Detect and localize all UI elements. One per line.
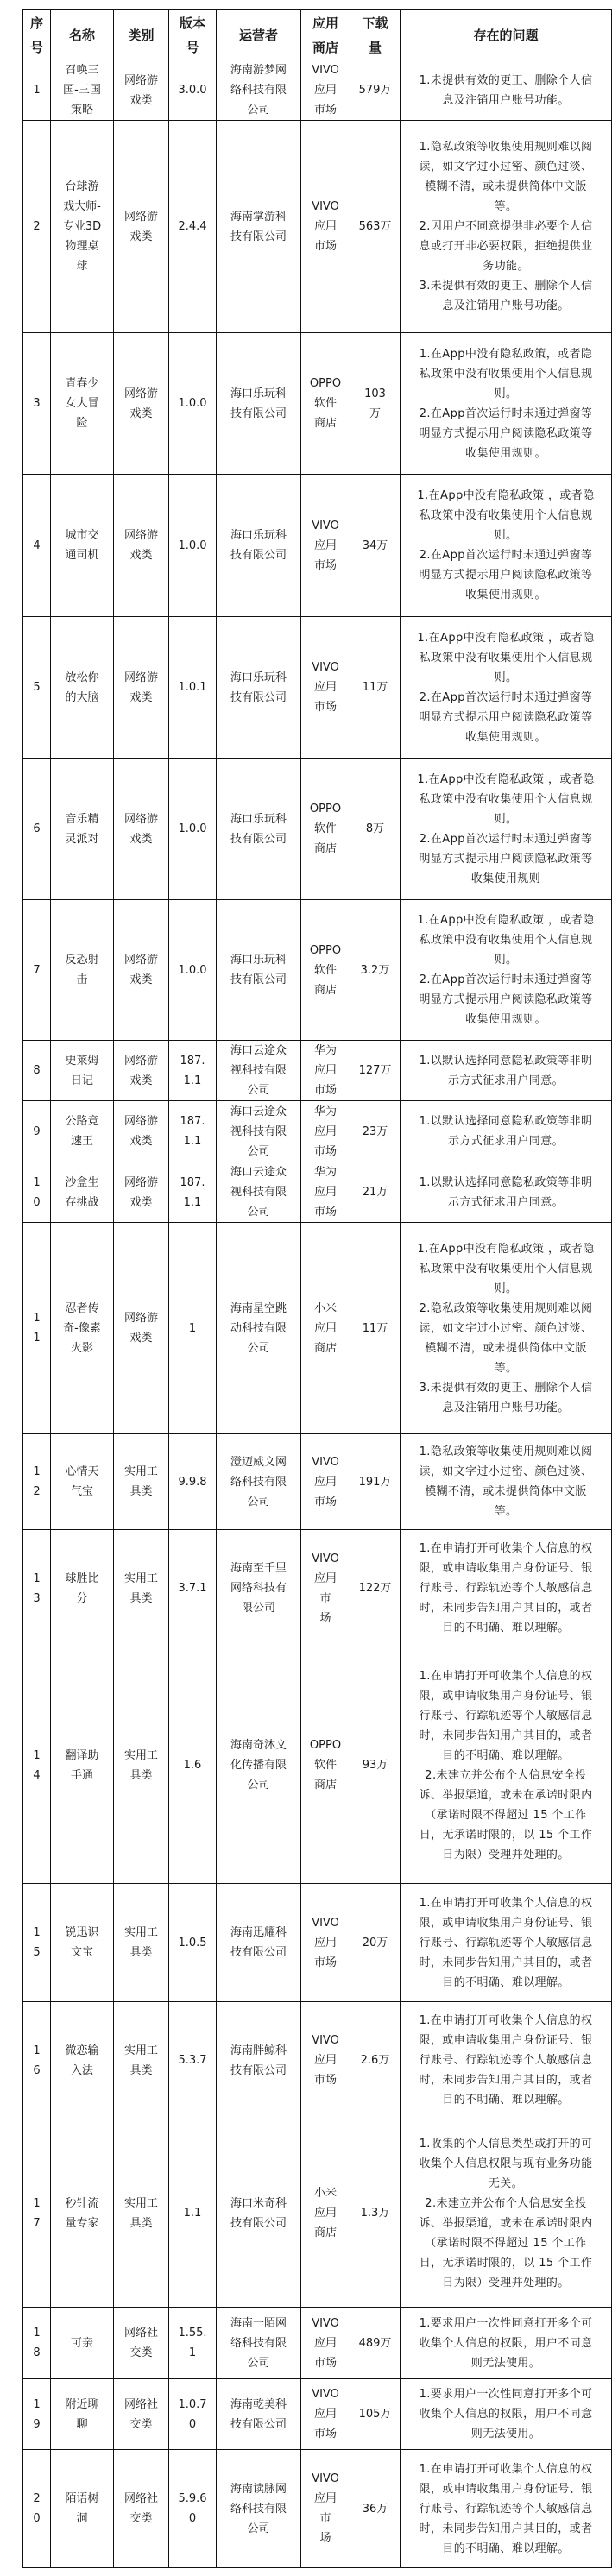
cell-name-text: 分 [51, 1589, 113, 1609]
issue-text-line: 限，或申请收集用户身份证号、银 [401, 2479, 611, 2499]
cell-version: 1.0.0 [169, 475, 217, 617]
column-header-name: 名称 [51, 10, 114, 60]
cell-store-text: 软件 [301, 960, 350, 980]
issue-text-line: 示方式征求用户同意。 [401, 1193, 611, 1212]
issue-text-line: 行账号、行踪轨迹等个人敏感信息 [401, 2050, 611, 2070]
issue-text-line: 时，未同步告知用户其目的，或者 [401, 2519, 611, 2539]
cell-store-text: 应用 [301, 2050, 350, 2070]
cell-name-text: 气宝 [51, 1482, 113, 1502]
cell-store-text: 市场 [301, 2353, 350, 2373]
cell-downloads: 103万 [350, 333, 401, 475]
cell-name: 公路竞速王 [51, 1101, 114, 1162]
cell-name-text: 聊 [51, 2415, 113, 2434]
cell-name-text: 策略 [51, 100, 113, 120]
cell-operator-text: 海口米奇科 [217, 2194, 300, 2214]
cell-name: 史莱姆日记 [51, 1041, 114, 1101]
cell-store: 小米应用商店 [301, 2119, 350, 2308]
cell-downloads: 127万 [350, 1041, 401, 1101]
cell-operator-text: 技有限公司 [217, 2415, 300, 2434]
table-row: 12心情天气宝实用工具类9.9.8澄迈威文网络科技有限公司VIVO应用市场191… [23, 1434, 612, 1530]
cell-store: VIVO应用市场 [301, 2450, 350, 2568]
cell-operator-text: 澄迈威文网 [217, 1452, 300, 1472]
cell-version: 1.0.0 [169, 759, 217, 900]
cell-store-text: VIVO [301, 2384, 350, 2404]
cell-issues: 1.在申请打开可收集个人信息的权限，或申请收集用户身份证号、银行账号、行踪轨迹等… [401, 2002, 612, 2119]
cell-name-text: 洞 [51, 2509, 113, 2529]
cell-downloads: 34万 [350, 475, 401, 617]
cell-operator: 海口乐玩科技有限公司 [217, 333, 301, 475]
issue-text-line: 收集个人信息权限与现有业务功能 [401, 2154, 611, 2174]
cell-version: 1.0.1 [169, 617, 217, 759]
cell-name: 心情天气宝 [51, 1434, 114, 1530]
issue-text-line: 等。 [401, 1502, 611, 1521]
column-header-category: 类别 [114, 10, 169, 60]
cell-issues: 1.未提供有效的更正、删除个人信息及注销用户账号功能。 [401, 60, 612, 121]
cell-operator-text: 海口云途众 [217, 1102, 300, 1122]
issue-text-line: 1.在App中没有隐私政策 ，或者隐 [401, 628, 611, 648]
cell-version: 1.0.70 [169, 2379, 217, 2450]
cell-store-text: OPPO [301, 374, 350, 394]
table-row: 1召唤三国-三国策略网络游戏类3.0.0海南游梦网络科技有限公司VIVO应用市场… [23, 60, 612, 121]
cell-category-text: 网络游 [114, 526, 168, 545]
cell-category: 网络游戏类 [114, 1101, 169, 1162]
issue-text-line: 1.在申请打开可收集个人信息的权 [401, 2011, 611, 2031]
cell-category-text: 戏类 [114, 545, 168, 565]
cell-name-text: 忍者传 [51, 1299, 113, 1319]
issue-text-line: 1.未提供有效的更正、删除个人信 [401, 71, 611, 91]
cell-operator: 海口云途众视科技有限公司 [217, 1162, 301, 1223]
column-header-label: 版本 [169, 11, 216, 35]
cell-category-text: 网络社 [114, 2395, 168, 2415]
cell-store: VIVO应用市场 [301, 475, 350, 617]
cell-store-text: VIVO [301, 1549, 350, 1569]
cell-version: 1.0.5 [169, 1884, 217, 2002]
cell-version-text: 1.0.0 [169, 960, 216, 980]
cell-downloads: 489万 [350, 2308, 401, 2379]
issue-text-line: 收集使用规则 [401, 869, 611, 889]
cell-version: 5.3.7 [169, 2002, 217, 2119]
cell-operator-text: 络科技有限 [217, 1472, 300, 1492]
cell-category: 网络游戏类 [114, 759, 169, 900]
cell-issues: 1.以默认选择同意隐私政策等非明示方式征求用户同意。 [401, 1101, 612, 1162]
cell-no: 5 [23, 617, 51, 759]
cell-no-text: 1 [23, 2395, 50, 2415]
issue-text-line: 2.在App首次运行时未通过弹窗等 [401, 404, 611, 424]
table-row: 9公路竞速王网络游戏类187.1.1海口云途众视科技有限公司华为应用市场23万1… [23, 1101, 612, 1162]
cell-downloads: 23万 [350, 1101, 401, 1162]
cell-operator-text: 视科技有限 [217, 1122, 300, 1142]
cell-issues: 1.在申请打开可收集个人信息的权限，或申请收集用户身份证号、银行账号、行踪轨迹等… [401, 2450, 612, 2568]
cell-downloads: 8万 [350, 759, 401, 900]
issue-text-line: 行账号、行踪轨迹等个人敏感信息 [401, 1933, 611, 1953]
issue-text-line: 则。 [401, 809, 611, 829]
cell-operator-text: 海南一陌网 [217, 2314, 300, 2334]
cell-no-text: 1 [23, 2323, 50, 2343]
cell-no-text: 1 [23, 1328, 50, 1348]
cell-no-text: 0 [23, 2509, 50, 2529]
issue-text-line: 1.要求用户一次性同意打开多个可 [401, 2384, 611, 2404]
cell-name-text: 公路竞 [51, 1112, 113, 1131]
cell-store-text: 市场 [301, 697, 350, 717]
issue-text-line: 行账号、行踪轨迹等个人敏感信息 [401, 1578, 611, 1598]
cell-no-text: 2 [23, 1482, 50, 1502]
cell-version-text: 1 [169, 1319, 216, 1338]
cell-no: 19 [23, 2379, 51, 2450]
issue-text-line: 无关。 [401, 2174, 611, 2194]
cell-category: 网络社交类 [114, 2450, 169, 2568]
cell-no: 1 [23, 60, 51, 121]
cell-downloads-text: 8万 [350, 819, 400, 839]
cell-category-text: 交类 [114, 2343, 168, 2363]
cell-category-text: 戏类 [114, 404, 168, 424]
cell-store-text: 应用 [301, 1122, 350, 1142]
table-row: 14翻译助手通实用工具类1.6海南奇沐文化传播有限公司OPPO软件商店93万1.… [23, 1647, 612, 1884]
cell-name-text: 陌语树 [51, 2489, 113, 2509]
cell-version-text: 187. [169, 1173, 216, 1193]
cell-store-text: 市场 [301, 1953, 350, 1973]
cell-name-text: 放松你 [51, 668, 113, 688]
cell-name-text: 青春少 [51, 374, 113, 394]
cell-version-text: 1.0.0 [169, 819, 216, 839]
cell-category: 网络社交类 [114, 2379, 169, 2450]
table-row: 20陌语树洞网络社交类5.9.60海南读脉网络科技有限公司VIVO应用市场36万… [23, 2450, 612, 2568]
cell-store-text: 软件 [301, 1755, 350, 1775]
issue-text-line: 示方式征求用户同意。 [401, 1131, 611, 1151]
cell-name-text: 史莱姆 [51, 1051, 113, 1071]
cell-store: VIVO应用市场 [301, 1884, 350, 2002]
cell-downloads: 563万 [350, 121, 401, 333]
table-row: 11忍者传奇-像素火影网络游戏类1海南星空跳动科技有限公司小米应用商店11万1.… [23, 1223, 612, 1434]
cell-no-text: 7 [23, 2214, 50, 2233]
cell-store-text: 小米 [301, 2183, 350, 2203]
cell-operator-text: 技有限公司 [217, 545, 300, 565]
cell-store-text: 华为 [301, 1041, 350, 1061]
cell-category-text: 网络游 [114, 1308, 168, 1328]
cell-operator: 海南胖鲸科技有限公司 [217, 2002, 301, 2119]
cell-downloads-text: 23万 [350, 1122, 400, 1142]
issue-text-line: 息或打开非必要权限，拒绝提供业 [401, 236, 611, 256]
issue-text-line: 收集个人信息的权限，用户不同意 [401, 2404, 611, 2424]
issue-text-line: 私政策中没有收集使用个人信息规 [401, 790, 611, 809]
cell-operator-text: 海南读脉网 [217, 2479, 300, 2499]
cell-version-text: 1.1 [169, 2203, 216, 2223]
cell-category: 网络游戏类 [114, 1041, 169, 1101]
cell-issues: 1.在App中没有隐私政策 ，或者隐私政策中没有收集使用个人信息规则。2.在Ap… [401, 759, 612, 900]
issue-text-line: 日，无承诺时限的，以 15 个工作 [401, 1825, 611, 1845]
issue-text-line: 则。 [401, 526, 611, 545]
cell-downloads: 2.6万 [350, 2002, 401, 2119]
cell-category-text: 网络游 [114, 71, 168, 91]
issue-text-line: 诉、举报渠道，或未在承诺时限内 [401, 1786, 611, 1805]
cell-operator-text: 技有限公司 [217, 227, 300, 247]
cell-store-text: 商店 [301, 413, 350, 433]
column-header-label: 运营者 [217, 23, 300, 47]
cell-name-text: 灵派对 [51, 829, 113, 849]
cell-downloads-text: 93万 [350, 1755, 400, 1775]
cell-store-text: VIVO [301, 60, 350, 80]
cell-name-text: 手通 [51, 1766, 113, 1786]
cell-store: OPPO软件商店 [301, 900, 350, 1041]
cell-issues: 1.以默认选择同意隐私政策等非明示方式征求用户同意。 [401, 1041, 612, 1101]
cell-downloads: 3.2万 [350, 900, 401, 1041]
table-row: 10沙盒生存挑战网络游戏类187.1.1海口云途众视科技有限公司华为应用市场21… [23, 1162, 612, 1223]
issue-text-line: 息及注销用户账号功能。 [401, 296, 611, 316]
cell-version: 1.0.0 [169, 900, 217, 1041]
issue-text-line: 目的不明确、难以理解。 [401, 2539, 611, 2559]
cell-category-text: 网络游 [114, 950, 168, 970]
issue-text-line: 则。 [401, 384, 611, 404]
cell-operator-text: 公司 [217, 1142, 300, 1162]
cell-no: 9 [23, 1101, 51, 1162]
cell-store-text: 应用 [301, 2404, 350, 2424]
cell-category: 网络游戏类 [114, 617, 169, 759]
cell-operator-text: 公司 [217, 2519, 300, 2539]
issue-text-line: 读，如文字过小过密、颜色过淡、 [401, 1462, 611, 1482]
cell-store-text: 软件 [301, 819, 350, 839]
cell-store-text: VIVO [301, 2469, 350, 2489]
issue-text-line: 模糊不清，或未提供简体中文版 [401, 1482, 611, 1502]
column-header-label: 量 [350, 35, 400, 60]
cell-name-text: 通司机 [51, 545, 113, 565]
table-row: 6音乐精灵派对网络游戏类1.0.0海口乐玩科技有限公司OPPO软件商店8万1.在… [23, 759, 612, 900]
issue-text-line: 私政策中没有收集使用个人信息规 [401, 364, 611, 384]
issue-text-line: 3.未提供有效的更正、删除个人信 [401, 1378, 611, 1398]
cell-store: VIVO应用市场 [301, 2379, 350, 2450]
cell-operator-text: 技有限公司 [217, 2061, 300, 2081]
cell-version-text: 3.0.0 [169, 80, 216, 100]
cell-category-text: 实用工 [114, 2194, 168, 2214]
cell-store-text: 市场 [301, 2070, 350, 2090]
cell-operator-text: 技有限公司 [217, 404, 300, 424]
cell-store-text: 市场 [301, 100, 350, 120]
cell-downloads-text: 万 [350, 404, 400, 424]
cell-store-text: 商店 [301, 839, 350, 859]
table-row: 2台球游戏大师-专业3D物理桌球网络游戏类2.4.4海南掌游科技有限公司VIVO… [23, 121, 612, 333]
cell-no-text: 6 [23, 819, 50, 839]
cell-category: 网络游戏类 [114, 900, 169, 1041]
cell-category-text: 实用工 [114, 1569, 168, 1589]
cell-downloads-text: 36万 [350, 2499, 400, 2519]
cell-category: 实用工具类 [114, 1884, 169, 2002]
cell-no: 2 [23, 121, 51, 333]
cell-store-text: 应用 [301, 217, 350, 236]
issue-text-line: 限，或申请收集用户身份证号、银 [401, 1559, 611, 1578]
cell-name: 音乐精灵派对 [51, 759, 114, 900]
cell-category-text: 实用工 [114, 1462, 168, 1482]
cell-category: 实用工具类 [114, 1434, 169, 1530]
issue-text-line: 2.隐私政策等收集使用规则难以阅 [401, 1299, 611, 1319]
cell-operator-text: 海南奇沐文 [217, 1735, 300, 1755]
cell-version-text: 1.1 [169, 1071, 216, 1091]
cell-name-text: 微恋输 [51, 2041, 113, 2061]
cell-version: 187.1.1 [169, 1041, 217, 1101]
cell-version: 187.1.1 [169, 1162, 217, 1223]
cell-operator-text: 络科技有限 [217, 2499, 300, 2519]
cell-downloads-text: 1.3万 [350, 2203, 400, 2223]
issue-text-line: 等。 [401, 197, 611, 217]
cell-operator-text: 海南至千里 [217, 1559, 300, 1578]
cell-operator-text: 海口云途众 [217, 1041, 300, 1061]
cell-no-text: 1 [23, 1746, 50, 1766]
issue-text-line: 行账号、行踪轨迹等个人敏感信息 [401, 2499, 611, 2519]
issue-text-line: 读，如文字过小过密、颜色过淡、 [401, 1319, 611, 1338]
issue-text-line: 读，如文字过小过密、颜色过淡、 [401, 157, 611, 177]
cell-operator-text: 公司 [217, 1492, 300, 1512]
column-header-label: 下载 [350, 11, 400, 35]
cell-operator: 海南奇沐文化传播有限公司 [217, 1647, 301, 1884]
cell-operator: 海口米奇科技有限公司 [217, 2119, 301, 2308]
cell-name-text: 球胜比 [51, 1569, 113, 1589]
cell-version-text: 1.1 [169, 1131, 216, 1151]
cell-store: 小米应用商店 [301, 1223, 350, 1434]
issue-text-line: 时，未同步告知用户其目的，或者 [401, 1726, 611, 1746]
cell-category-text: 戏类 [114, 1071, 168, 1091]
cell-version: 1.0.0 [169, 333, 217, 475]
issue-text-line: 1.在申请打开可收集个人信息的权 [401, 1893, 611, 1913]
cell-category-text: 戏类 [114, 1328, 168, 1348]
table-row: 7反恐射击网络游戏类1.0.0海口乐玩科技有限公司OPPO软件商店3.2万1.在… [23, 900, 612, 1041]
issue-text-line: 等。 [401, 1358, 611, 1378]
cell-downloads-text: 489万 [350, 2334, 400, 2353]
column-header-store: 应用商店 [301, 10, 350, 60]
cell-name-text: 专业3D [51, 217, 113, 236]
cell-operator-text: 海口乐玩科 [217, 809, 300, 829]
cell-version-text: 5.9.6 [169, 2489, 216, 2509]
cell-no-text: 1 [23, 1308, 50, 1328]
cell-operator: 海口乐玩科技有限公司 [217, 900, 301, 1041]
cell-name: 附近聊聊 [51, 2379, 114, 2450]
cell-category-text: 具类 [114, 1766, 168, 1786]
cell-operator: 海南星空跳动科技有限公司 [217, 1223, 301, 1434]
cell-store-text: 市 [301, 1589, 350, 1609]
cell-category: 网络游戏类 [114, 1223, 169, 1434]
cell-operator: 海口乐玩科技有限公司 [217, 475, 301, 617]
cell-operator-text: 络科技有限 [217, 2334, 300, 2353]
cell-operator-text: 动科技有限 [217, 1319, 300, 1338]
cell-name-text: 的大脑 [51, 688, 113, 708]
cell-operator-text: 络科技有限 [217, 80, 300, 100]
cell-version-text: 0 [169, 2415, 216, 2434]
issue-text-line: 目的不明确、难以理解。 [401, 1618, 611, 1638]
cell-no-text: 1 [23, 1923, 50, 1943]
cell-category-text: 戏类 [114, 829, 168, 849]
table-row: 3青春少女大冒险网络游戏类1.0.0海口乐玩科技有限公司OPPO软件商店103万… [23, 333, 612, 475]
cell-version-text: 1.1 [169, 1193, 216, 1212]
issue-text-line: 明显方式提示用户阅读隐私政策等 [401, 990, 611, 1010]
cell-store-text: OPPO [301, 1735, 350, 1755]
cell-name: 陌语树洞 [51, 2450, 114, 2568]
issue-text-line: 息及注销用户账号功能。 [401, 1398, 611, 1418]
cell-version-text: 1.0.1 [169, 677, 216, 697]
cell-version: 1.55.1 [169, 2308, 217, 2379]
cell-name: 召唤三国-三国策略 [51, 60, 114, 121]
cell-version-text: 1 [169, 2343, 216, 2363]
cell-category-text: 网络社 [114, 2323, 168, 2343]
issue-text-line: 收集使用规则。 [401, 727, 611, 747]
cell-downloads-text: 105万 [350, 2404, 400, 2424]
issue-text-line: 2.未建立并公布个人信息安全投 [401, 2194, 611, 2214]
app-issues-table: 序号名称类别版本号运营者应用商店下载量存在的问题 1召唤三国-三国策略网络游戏类… [22, 9, 612, 2568]
cell-store-text: VIVO [301, 658, 350, 677]
cell-name: 翻译助手通 [51, 1647, 114, 1884]
cell-store: VIVO应用市场 [301, 617, 350, 759]
cell-downloads: 579万 [350, 60, 401, 121]
issue-text-line: 1.在App中没有隐私政策 ，或者隐 [401, 910, 611, 930]
cell-store-text: 应用 [301, 1061, 350, 1080]
cell-downloads-text: 34万 [350, 536, 400, 556]
cell-issues: 1.隐私政策等收集使用规则难以阅读，如文字过小过密、颜色过淡、模糊不清，或未提供… [401, 121, 612, 333]
cell-no: 18 [23, 2308, 51, 2379]
column-header-no: 序号 [23, 10, 51, 60]
cell-downloads: 11万 [350, 1223, 401, 1434]
cell-operator: 海口乐玩科技有限公司 [217, 759, 301, 900]
table-row: 5放松你的大脑网络游戏类1.0.1海口乐玩科技有限公司VIVO应用市场11万1.… [23, 617, 612, 759]
cell-operator-text: 公司 [217, 100, 300, 120]
cell-category-text: 交类 [114, 2509, 168, 2529]
cell-downloads: 20万 [350, 1884, 401, 2002]
issue-text-line: 明显方式提示用户阅读隐私政策等 [401, 424, 611, 444]
cell-category-text: 网络游 [114, 1173, 168, 1193]
column-header-version: 版本号 [169, 10, 217, 60]
cell-category: 网络游戏类 [114, 121, 169, 333]
cell-store-text: VIVO [301, 2031, 350, 2050]
cell-store-text: 华为 [301, 1102, 350, 1122]
cell-store: 华为应用市场 [301, 1101, 350, 1162]
cell-name-text: 入法 [51, 2061, 113, 2081]
cell-version-text: 3.7.1 [169, 1578, 216, 1598]
issue-text-line: 1.以默认选择同意隐私政策等非明 [401, 1051, 611, 1071]
cell-no: 17 [23, 2119, 51, 2308]
cell-operator: 海南掌游科技有限公司 [217, 121, 301, 333]
column-header-label: 存在的问题 [401, 23, 611, 47]
cell-category: 网络游戏类 [114, 475, 169, 617]
cell-store-text: 应用 [301, 536, 350, 556]
cell-name-text: 日记 [51, 1071, 113, 1091]
issue-text-line: 收集使用规则。 [401, 1010, 611, 1030]
cell-category-text: 戏类 [114, 91, 168, 110]
column-header-label: 类别 [114, 23, 168, 47]
cell-no: 7 [23, 900, 51, 1041]
issue-text-line: 则。 [401, 950, 611, 970]
cell-no-text: 1 [23, 1569, 50, 1589]
column-header-operator: 运营者 [217, 10, 301, 60]
issue-text-line: 1.在申请打开可收集个人信息的权 [401, 2459, 611, 2479]
issue-text-line: 1.以默认选择同意隐私政策等非明 [401, 1173, 611, 1193]
issue-text-line: 2.在App首次运行时未通过弹窗等 [401, 829, 611, 849]
cell-downloads: 122万 [350, 1530, 401, 1647]
issue-text-line: 时，未同步告知用户其目的，或者 [401, 1953, 611, 1973]
cell-store: VIVO应用市场 [301, 1530, 350, 1647]
cell-store-text: VIVO [301, 516, 350, 536]
cell-no-text: 8 [23, 1061, 50, 1080]
cell-version-text: 1.0.0 [169, 394, 216, 413]
cell-store-text: 市场 [301, 1202, 350, 1222]
issue-text-line: 时，未同步告知用户其目的，或者 [401, 2070, 611, 2090]
cell-no-text: 7 [23, 960, 50, 980]
cell-no-text: 1 [23, 1173, 50, 1193]
cell-category-text: 网络游 [114, 384, 168, 404]
cell-downloads-text: 2.6万 [350, 2050, 400, 2070]
issue-text-line: 务功能。 [401, 256, 611, 276]
cell-category-text: 网络游 [114, 1051, 168, 1071]
cell-downloads-text: 103 [350, 384, 400, 404]
issue-text-line: 1.在App中没有隐私政策 ，或者隐 [401, 1239, 611, 1259]
cell-category-text: 具类 [114, 2061, 168, 2081]
cell-store-text: VIVO [301, 1913, 350, 1933]
cell-name: 反恐射击 [51, 900, 114, 1041]
cell-issues: 1.收集的个人信息类型或打开的可收集个人信息权限与现有业务功能无关。2.未建立并… [401, 2119, 612, 2308]
cell-operator-text: 海南掌游科 [217, 207, 300, 227]
